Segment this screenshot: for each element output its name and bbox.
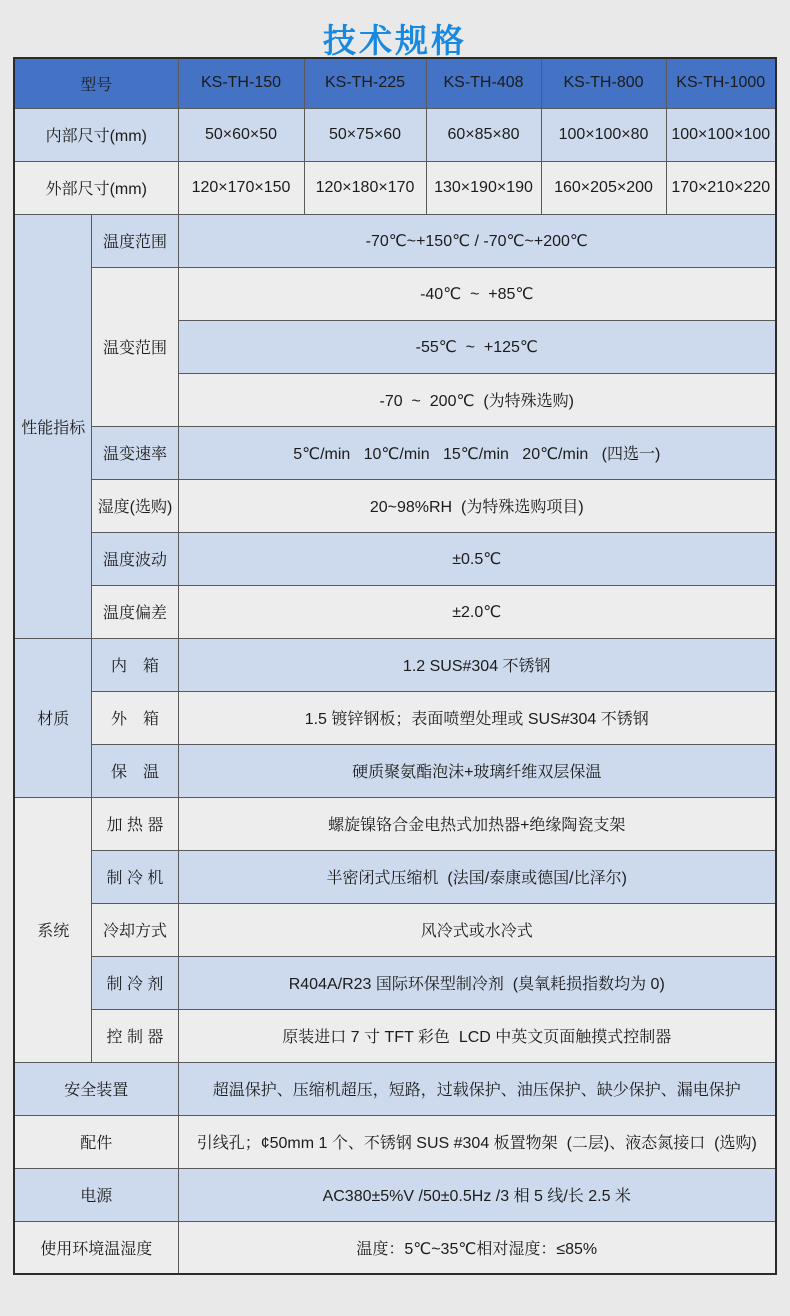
cell-value: 1.2 SUS#304 不锈钢 xyxy=(178,638,776,691)
cell-value: 1.5 镀锌钢板；表面喷塑处理或 SUS#304 不锈钢 xyxy=(178,691,776,744)
cell-value: 温度：5℃~35℃相对湿度：≤85% xyxy=(178,1221,776,1274)
row-label: 配件 xyxy=(14,1115,178,1168)
table-row-ambient: 使用环境温湿度 温度：5℃~35℃相对湿度：≤85% xyxy=(14,1221,776,1274)
table-row-refrigerant: 制 冷 剂 R404A/R23 国际环保型制冷剂 (臭氧耗损指数均为 0) xyxy=(14,956,776,1009)
row-label: 冷却方式 xyxy=(92,903,178,956)
row-label: 外 箱 xyxy=(92,691,178,744)
table-row-power: 电源 AC380±5%V /50±0.5Hz /3 相 5 线/长 2.5 米 xyxy=(14,1168,776,1221)
cell-value: -70 ~ 200℃ (为特殊选购) xyxy=(178,373,776,426)
table-row-temp-fluctuation: 温度波动 ±0.5℃ xyxy=(14,532,776,585)
cell-value: 20~98%RH (为特殊选购项目) xyxy=(178,479,776,532)
row-label: 湿度(选购) xyxy=(92,479,178,532)
cell-value: 硬质聚氨酯泡沫+玻璃纤维双层保温 xyxy=(178,744,776,797)
cell-value: 50×60×50 xyxy=(178,108,304,161)
cell-value: 风冷式或水冷式 xyxy=(178,903,776,956)
page-title: 技术规格 xyxy=(0,0,790,57)
cell-value: -55℃ ~ +125℃ xyxy=(178,320,776,373)
row-label: 制 冷 剂 xyxy=(92,956,178,1009)
col-header-ks-th-408: KS-TH-408 xyxy=(426,58,541,108)
cell-value: 螺旋镍铬合金电热式加热器+绝缘陶瓷支架 xyxy=(178,797,776,850)
col-header-ks-th-225: KS-TH-225 xyxy=(304,58,426,108)
row-label: 温度偏差 xyxy=(92,585,178,638)
table-row-outer-dims: 外部尺寸(mm) 120×170×150 120×180×170 130×190… xyxy=(14,161,776,214)
cell-value: AC380±5%V /50±0.5Hz /3 相 5 线/长 2.5 米 xyxy=(178,1168,776,1221)
cell-value: 5℃/min 10℃/min 15℃/min 20℃/min (四选一) xyxy=(178,426,776,479)
cell-value: 100×100×80 xyxy=(541,108,666,161)
section-label-material: 材质 xyxy=(14,638,92,797)
row-label: 控 制 器 xyxy=(92,1009,178,1062)
col-header-ks-th-150: KS-TH-150 xyxy=(178,58,304,108)
col-header-ks-th-1000: KS-TH-1000 xyxy=(666,58,776,108)
cell-value: 100×100×100 xyxy=(666,108,776,161)
cell-value: 原装进口 7 寸 TFT 彩色 LCD 中英文页面触摸式控制器 xyxy=(178,1009,776,1062)
row-label: 内 箱 xyxy=(92,638,178,691)
cell-value: -70℃~+150℃ / -70℃~+200℃ xyxy=(178,214,776,267)
cell-value: -40℃ ~ +85℃ xyxy=(178,267,776,320)
row-label: 电源 xyxy=(14,1168,178,1221)
row-label: 温度波动 xyxy=(92,532,178,585)
section-label-system: 系统 xyxy=(14,797,92,1062)
table-row-accessories: 配件 引线孔；¢50mm 1 个、不锈钢 SUS #304 板置物架 (二层)、… xyxy=(14,1115,776,1168)
table-row-safety: 安全装置 超温保护、压缩机超压，短路，过载保护、油压保护、缺少保护、漏电保护 xyxy=(14,1062,776,1115)
row-label: 制 冷 机 xyxy=(92,850,178,903)
row-label: 温变速率 xyxy=(92,426,178,479)
col-header-ks-th-800: KS-TH-800 xyxy=(541,58,666,108)
table-header-row: 型号 KS-TH-150 KS-TH-225 KS-TH-408 KS-TH-8… xyxy=(14,58,776,108)
cell-value: 引线孔；¢50mm 1 个、不锈钢 SUS #304 板置物架 (二层)、液态氮… xyxy=(178,1115,776,1168)
row-label: 安全装置 xyxy=(14,1062,178,1115)
row-label: 内部尺寸(mm) xyxy=(14,108,178,161)
cell-value: 超温保护、压缩机超压，短路，过载保护、油压保护、缺少保护、漏电保护 xyxy=(178,1062,776,1115)
table-row-inner-box: 材质 内 箱 1.2 SUS#304 不锈钢 xyxy=(14,638,776,691)
cell-value: R404A/R23 国际环保型制冷剂 (臭氧耗损指数均为 0) xyxy=(178,956,776,1009)
cell-value: 半密闭式压缩机 (法国/泰康或德国/比泽尔) xyxy=(178,850,776,903)
table-row-refrigerator: 制 冷 机 半密闭式压缩机 (法国/泰康或德国/比泽尔) xyxy=(14,850,776,903)
cell-value: 120×170×150 xyxy=(178,161,304,214)
cell-value: 160×205×200 xyxy=(541,161,666,214)
section-label-performance: 性能指标 xyxy=(14,214,92,638)
cell-value: 170×210×220 xyxy=(666,161,776,214)
row-label: 保 温 xyxy=(92,744,178,797)
row-label: 外部尺寸(mm) xyxy=(14,161,178,214)
cell-value: 130×190×190 xyxy=(426,161,541,214)
col-header-model: 型号 xyxy=(14,58,178,108)
row-label: 温变范围 xyxy=(92,267,178,426)
row-label: 使用环境温湿度 xyxy=(14,1221,178,1274)
table-row-heater: 系统 加 热 器 螺旋镍铬合金电热式加热器+绝缘陶瓷支架 xyxy=(14,797,776,850)
table-row-temp-deviation: 温度偏差 ±2.0℃ xyxy=(14,585,776,638)
table-row-outer-box: 外 箱 1.5 镀锌钢板；表面喷塑处理或 SUS#304 不锈钢 xyxy=(14,691,776,744)
table-row-temp-range: 性能指标 温度范围 -70℃~+150℃ / -70℃~+200℃ xyxy=(14,214,776,267)
table-row-inner-dims: 内部尺寸(mm) 50×60×50 50×75×60 60×85×80 100×… xyxy=(14,108,776,161)
cell-value: ±0.5℃ xyxy=(178,532,776,585)
table-row-humidity: 湿度(选购) 20~98%RH (为特殊选购项目) xyxy=(14,479,776,532)
cell-value: 60×85×80 xyxy=(426,108,541,161)
table-row-ramp-rate: 温变速率 5℃/min 10℃/min 15℃/min 20℃/min (四选一… xyxy=(14,426,776,479)
table-row-controller: 控 制 器 原装进口 7 寸 TFT 彩色 LCD 中英文页面触摸式控制器 xyxy=(14,1009,776,1062)
cell-value: ±2.0℃ xyxy=(178,585,776,638)
table-row-insulation: 保 温 硬质聚氨酯泡沫+玻璃纤维双层保温 xyxy=(14,744,776,797)
spec-table: 型号 KS-TH-150 KS-TH-225 KS-TH-408 KS-TH-8… xyxy=(13,57,777,1275)
cell-value: 50×75×60 xyxy=(304,108,426,161)
row-label: 加 热 器 xyxy=(92,797,178,850)
row-label: 温度范围 xyxy=(92,214,178,267)
cell-value: 120×180×170 xyxy=(304,161,426,214)
table-row-temp-change-1: 温变范围 -40℃ ~ +85℃ xyxy=(14,267,776,320)
table-row-cooling-method: 冷却方式 风冷式或水冷式 xyxy=(14,903,776,956)
